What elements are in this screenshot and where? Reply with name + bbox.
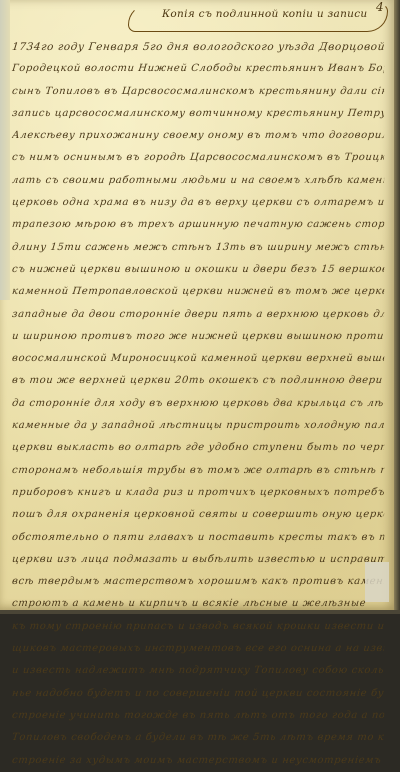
text-line: 1734го году Генваря 5го дня вологодского…: [11, 36, 385, 58]
text-line: западные да двои сторонніе двери пять а …: [11, 304, 385, 326]
text-line: приборовъ книгъ и клада риз и протчихъ ц…: [11, 482, 385, 504]
text-line: пошъ для охраненія церковной святы и сов…: [11, 504, 385, 526]
text-line: да сторонніе для ходу въ верхнюю церковь…: [11, 393, 385, 415]
text-line: сынъ Топиловъ въ Царсвососмалинскомъ кре…: [11, 81, 385, 103]
text-line: съ нижней церкви вышиною и окошки и двер…: [11, 259, 385, 281]
document-heading: Копія съ подлинной копіи и записи: [162, 8, 367, 20]
text-line: съ нимъ оснинымъ въ городѣ Царсвососмали…: [11, 147, 385, 169]
page-number: 4: [376, 0, 384, 14]
page-edge-bottom: [0, 610, 400, 614]
text-line: каменные да у западной лѣстницы пристрои…: [11, 415, 385, 437]
text-line: церкви выкласть во олтарѣ где удобно сту…: [11, 437, 385, 459]
text-line: сторонамъ небольшія трубы въ томъ же олт…: [11, 460, 385, 482]
paper-repair-patch: [365, 562, 389, 602]
manuscript-page: Копія съ подлинной копіи и записи 4 1734…: [0, 0, 395, 610]
text-line: каменной Петропавловской церкви нижней в…: [11, 281, 385, 303]
page-edge-right: [394, 0, 400, 614]
text-line: церкви изъ лица подмазать и выбѣлить изв…: [11, 549, 385, 571]
text-line: Городецкой волости Нижней Слободы кресть…: [11, 58, 385, 80]
text-line: вососмалинской Мироносицкой каменной цер…: [11, 348, 385, 370]
text-line: лать съ своими работными людьми и на сво…: [11, 170, 385, 192]
text-line: длину 15ти сажень межъ стѣнъ 13ть въ шир…: [11, 237, 385, 259]
text-line: запись царсвососмалинскому вотчинному кр…: [11, 103, 385, 125]
manuscript-text: 1734го году Генваря 5го дня вологодского…: [12, 36, 384, 614]
page-edge-left: [0, 0, 10, 300]
text-line: Алексѣеву прихожанину своему оному въ то…: [11, 125, 385, 147]
text-line: трапезою мѣрою въ трехъ аршинную печатну…: [11, 214, 385, 236]
text-line: обстоятельно о пяти главахъ и поставить …: [11, 527, 385, 549]
text-line: церковь одна храма въ низу да въ верху ц…: [11, 192, 385, 214]
text-line: въ тои же верхней церкви 20ть окошекъ съ…: [11, 370, 385, 392]
text-line: всѣ твердымъ мастерствомъ хорошимъ какъ …: [11, 571, 385, 593]
text-line: и шириною противъ того же нижней церкви …: [11, 326, 385, 348]
